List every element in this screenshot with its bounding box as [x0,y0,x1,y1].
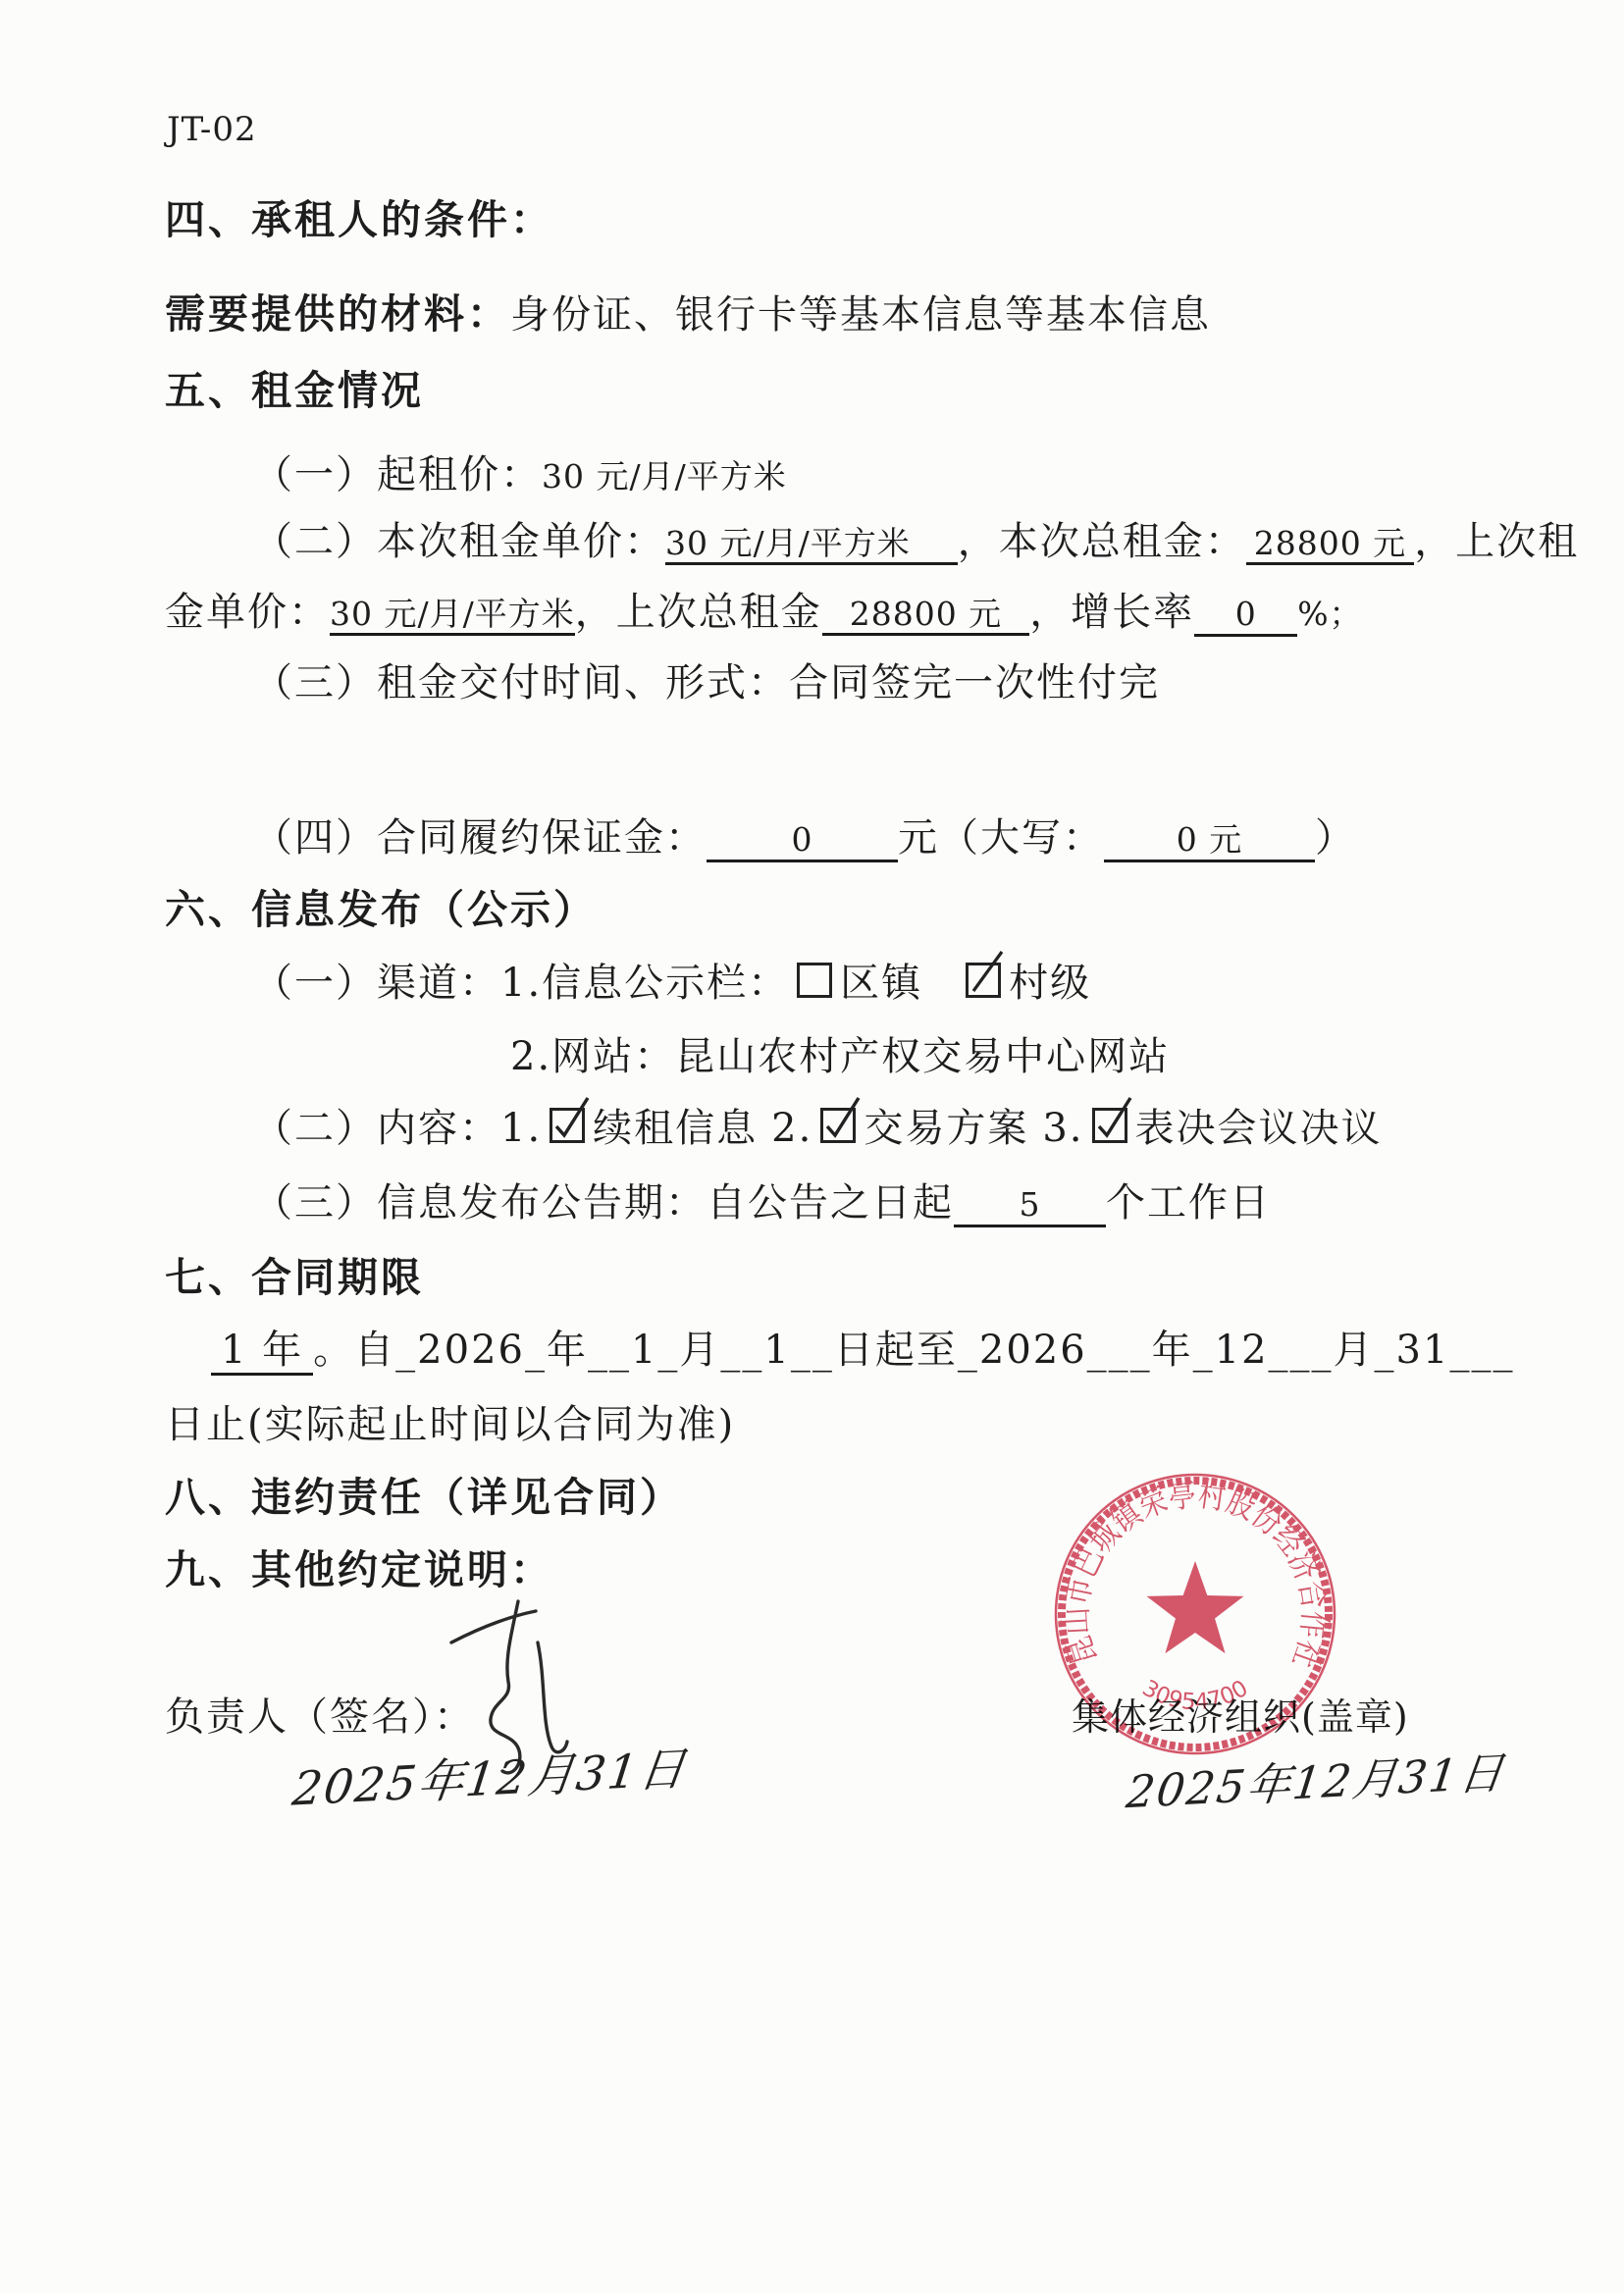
stamp-star-icon [1147,1561,1244,1653]
section5-heading: 五、租金情况 [165,367,424,415]
term-duration: 1 年 [211,1328,313,1376]
current-total-label: ，本次总租金： [958,519,1246,564]
section7-note-line: 日止(实际起止时间以合同为准) [165,1401,735,1448]
term-dates: 。自_2026_年__1_月__1__日起至_2026___年_12___月_3… [313,1328,1514,1373]
content-item3-label: 表决会议决议 [1135,1106,1383,1151]
section5-item2-line1: （二）本次租金单价：30 元/月/平方米，本次总租金：28800 元，上次租 [253,518,1579,565]
section6-website-line: 2.网站：昆山农村产权交易中心网站 [510,1033,1170,1080]
section4-heading: 四、承租人的条件： [165,196,553,244]
form-code: JT-02 [167,110,257,150]
growth-rate-value: 0 [1194,595,1297,637]
materials-value: 身份证、银行卡等基本信息等基本信息 [510,292,1211,338]
base-rent-value: 30 元/月/平方米 [542,457,787,495]
checkbox-resolution-checked [1092,1108,1127,1143]
section5-item4-line: （四）合同履约保证金：0元（大写：0 元） [253,814,1356,862]
section9-heading: 九、其他约定说明： [165,1546,553,1594]
check-icon [556,1098,588,1135]
channel-label: （一）渠道：1.信息公示栏： [253,961,789,1006]
check-icon [1099,1098,1130,1135]
channel-village-label: 村级 [1009,961,1091,1006]
section7-term-line: 1 年。自_2026_年__1_月__1__日起至_2026___年_12___… [211,1327,1514,1374]
deposit-amount-caps: 0 元 [1104,820,1315,862]
checkbox-district-unchecked [797,963,832,998]
checkbox-trade-plan-checked [820,1108,856,1143]
section8-heading: 八、违约责任（详见合同） [165,1474,683,1522]
item2-suffix: ，上次租 [1414,519,1579,564]
prev-unit-price-label: 金单价： [165,590,330,635]
signature-stroke [451,1611,536,1642]
deposit-suffix: ） [1315,815,1356,860]
date-right-handwritten: 2025年12月31日 [1126,1756,1505,1809]
section6-item1-line: （一）渠道：1.信息公示栏：区镇村级 [253,960,1091,1007]
checkbox-renewal-info-checked [550,1108,585,1143]
prev-total-label: ，上次总租金 [575,590,822,635]
check-slash-icon [973,952,1002,991]
announce-period-label: （三）信息发布公告期：自公告之日起 [253,1180,954,1225]
content-item2-label: 交易方案 [864,1106,1028,1151]
current-unit-price-value: 30 元/月/平方米 [665,524,958,565]
date-left-text: 2025年12月31日 [289,1742,691,1818]
section5-item2-line2: 金单价：30 元/月/平方米，上次总租金28800 元，增长率0%； [165,589,1363,637]
stamp-code-text: 30954700 [1138,1676,1253,1716]
growth-rate-suffix: %； [1297,595,1362,633]
scanned-document-page: JT-02 四、承租人的条件： 需要提供的材料：身份证、银行卡等基本信息等基本信… [0,0,1624,2294]
deposit-mid: 元（大写： [898,815,1104,860]
announce-period-days: 5 [954,1185,1106,1227]
current-unit-price-label: （二）本次租金单价： [253,519,665,564]
content-item3-number: 3. [1042,1106,1083,1151]
announce-period-suffix: 个工作日 [1106,1180,1271,1225]
content-item1-label: 续租信息 [593,1106,758,1151]
red-official-stamp: 昆山市巴城镇荣亭村股份经济合作社 30954700 [1048,1467,1342,1761]
check-icon [827,1098,859,1135]
section6-item2-line: （二）内容：1.续租信息2.交易方案3.表决会议决议 [253,1105,1383,1152]
growth-rate-label: ，增长率 [1029,590,1194,635]
section6-heading: 六、信息发布（公示） [165,886,597,934]
content-item2-number: 2. [771,1106,812,1151]
content-label: （二）内容：1. [253,1106,542,1151]
section5-item3-line: （三）租金交付时间、形式：合同签完一次性付完 [253,659,1160,706]
prev-unit-price-value: 30 元/月/平方米 [330,595,575,636]
checkbox-village-checked [966,963,1001,998]
signature-stroke [491,1601,520,1773]
deposit-label: （四）合同履约保证金： [253,815,707,860]
date-left-handwritten: 2025年12月31日 [292,1752,687,1807]
section7-heading: 七、合同期限 [165,1254,424,1302]
section6-item3-line: （三）信息发布公告期：自公告之日起5个工作日 [253,1179,1271,1227]
materials-label: 需要提供的材料： [165,290,510,338]
base-rent-label: （一）起租价： [253,452,542,497]
current-total-value: 28800 元 [1246,524,1414,565]
channel-district-label: 区镇 [840,961,922,1006]
prev-total-value: 28800 元 [822,595,1029,636]
deposit-amount: 0 [707,820,898,862]
section5-item1-line: （一）起租价：30 元/月/平方米 [253,451,787,498]
signature-stroke [538,1642,567,1752]
section4-materials-line: 需要提供的材料：身份证、银行卡等基本信息等基本信息 [165,290,1211,339]
